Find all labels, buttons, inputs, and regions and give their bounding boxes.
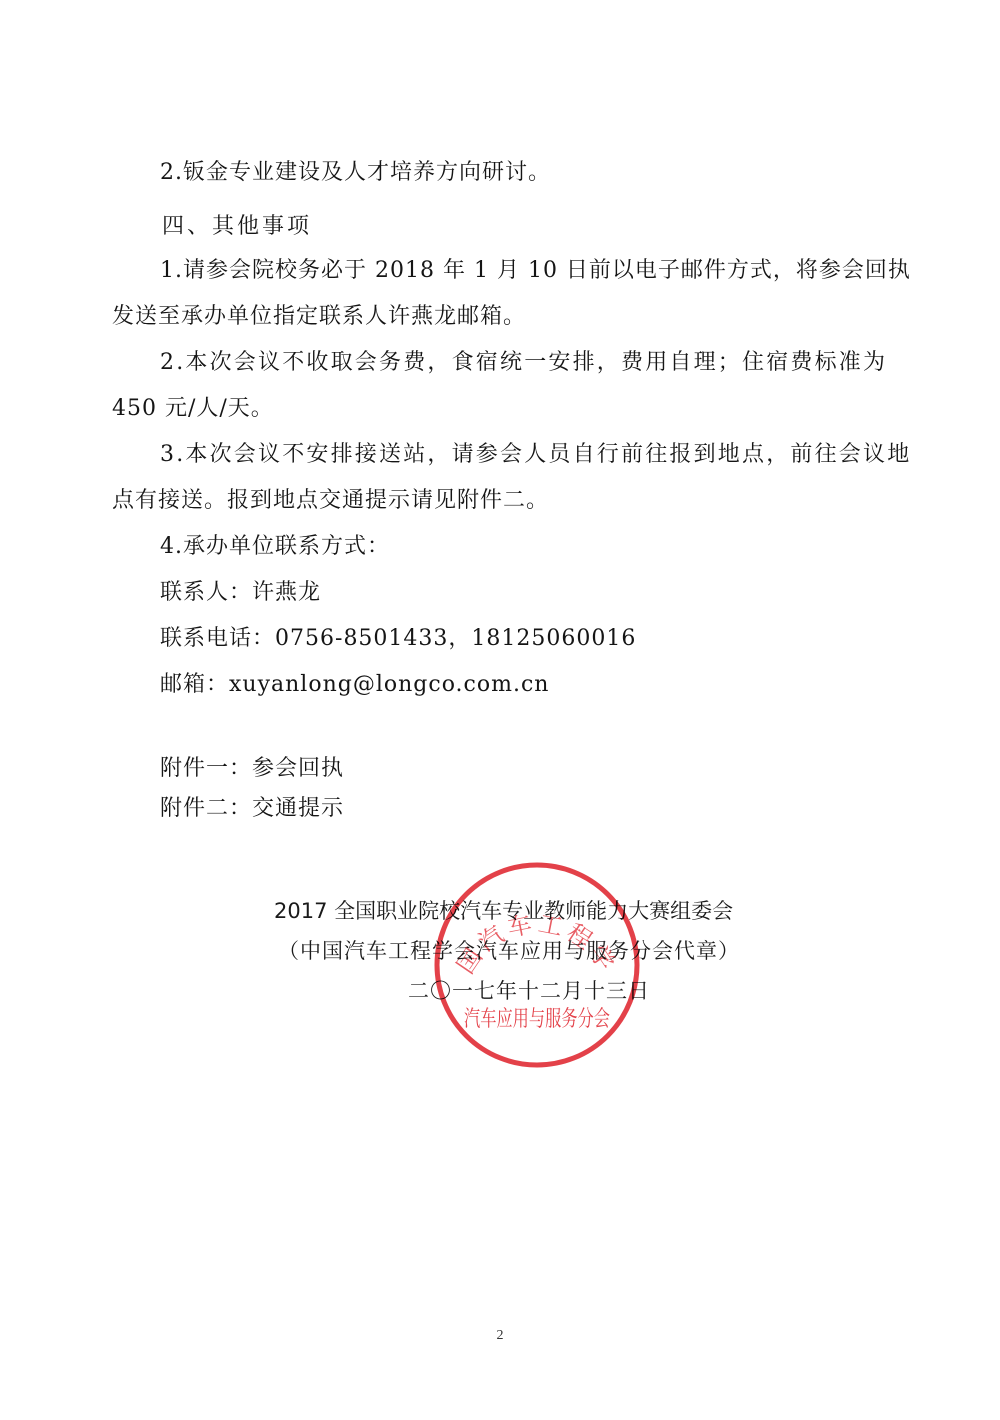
section4-item1-line2: 发送至承办单位指定联系人许燕龙邮箱。 — [112, 302, 526, 332]
attachment-1-label: 附件一： — [160, 756, 252, 781]
section4-item2-line1: 2.本次会议不收取会务费，食宿统一安排，费用自理；住宿费标准为 — [160, 348, 887, 378]
attachment-2-label: 附件二： — [160, 796, 252, 821]
contact-email-label: 邮箱： — [160, 672, 229, 697]
contact-person-label: 联系人： — [160, 580, 252, 605]
page-number: 2 — [0, 1328, 1000, 1344]
attachment-1-title: 参会回执 — [252, 756, 344, 781]
attachment-1: 附件一：参会回执 — [160, 754, 344, 784]
signature-proxy-seal-note: （中国汽车工程学会汽车应用与服务分会代章） — [0, 936, 1000, 966]
signature-organization: 2017 全国职业院校汽车专业教师能力大赛组委会 — [0, 896, 1000, 926]
contact-email-row: 邮箱：xuyanlong@longco.com.cn — [160, 670, 549, 700]
contact-phone-label: 联系电话： — [160, 626, 275, 651]
section4-item2-line2: 450 元/人/天。 — [112, 394, 274, 424]
contact-email-value[interactable]: xuyanlong@longco.com.cn — [229, 672, 549, 697]
contact-person-row: 联系人：许燕龙 — [160, 578, 321, 608]
item1-line1-text: 1.请参会院校务必于 2018 年 1 月 10 日前以电子邮件方式，将参会回执 — [160, 256, 911, 286]
section4-heading: 四、其他事项 — [162, 212, 312, 242]
contact-person-name: 许燕龙 — [252, 580, 321, 605]
section4-item1-line1: 1.请参会院校务必于 2018 年 1 月 10 日前以电子邮件方式，将参会回执 — [160, 256, 890, 286]
attachment-2-title: 交通提示 — [252, 796, 344, 821]
contact-phone-value: 0756-8501433，18125060016 — [275, 626, 636, 651]
document-page: 2.钣金专业建设及人才培养方向研讨。 四、其他事项 1.请参会院校务必于 201… — [0, 0, 1000, 1420]
section4-item3-line1: 3.本次会议不安排接送站，请参会人员自行前往报到地点，前往会议地 — [160, 440, 911, 470]
section4-item4-title: 4.承办单位联系方式： — [160, 532, 390, 562]
contact-phone-row: 联系电话：0756-8501433，18125060016 — [160, 624, 636, 654]
attachment-2: 附件二：交通提示 — [160, 794, 344, 824]
signature-date: 二〇一七年十二月十三日 — [0, 976, 1000, 1006]
section3-item2: 2.钣金专业建设及人才培养方向研讨。 — [160, 158, 551, 188]
section4-item3-line2: 点有接送。报到地点交通提示请见附件二。 — [112, 486, 549, 516]
seal-bottom-text: 汽车应用与服务分会 — [464, 1007, 610, 1032]
